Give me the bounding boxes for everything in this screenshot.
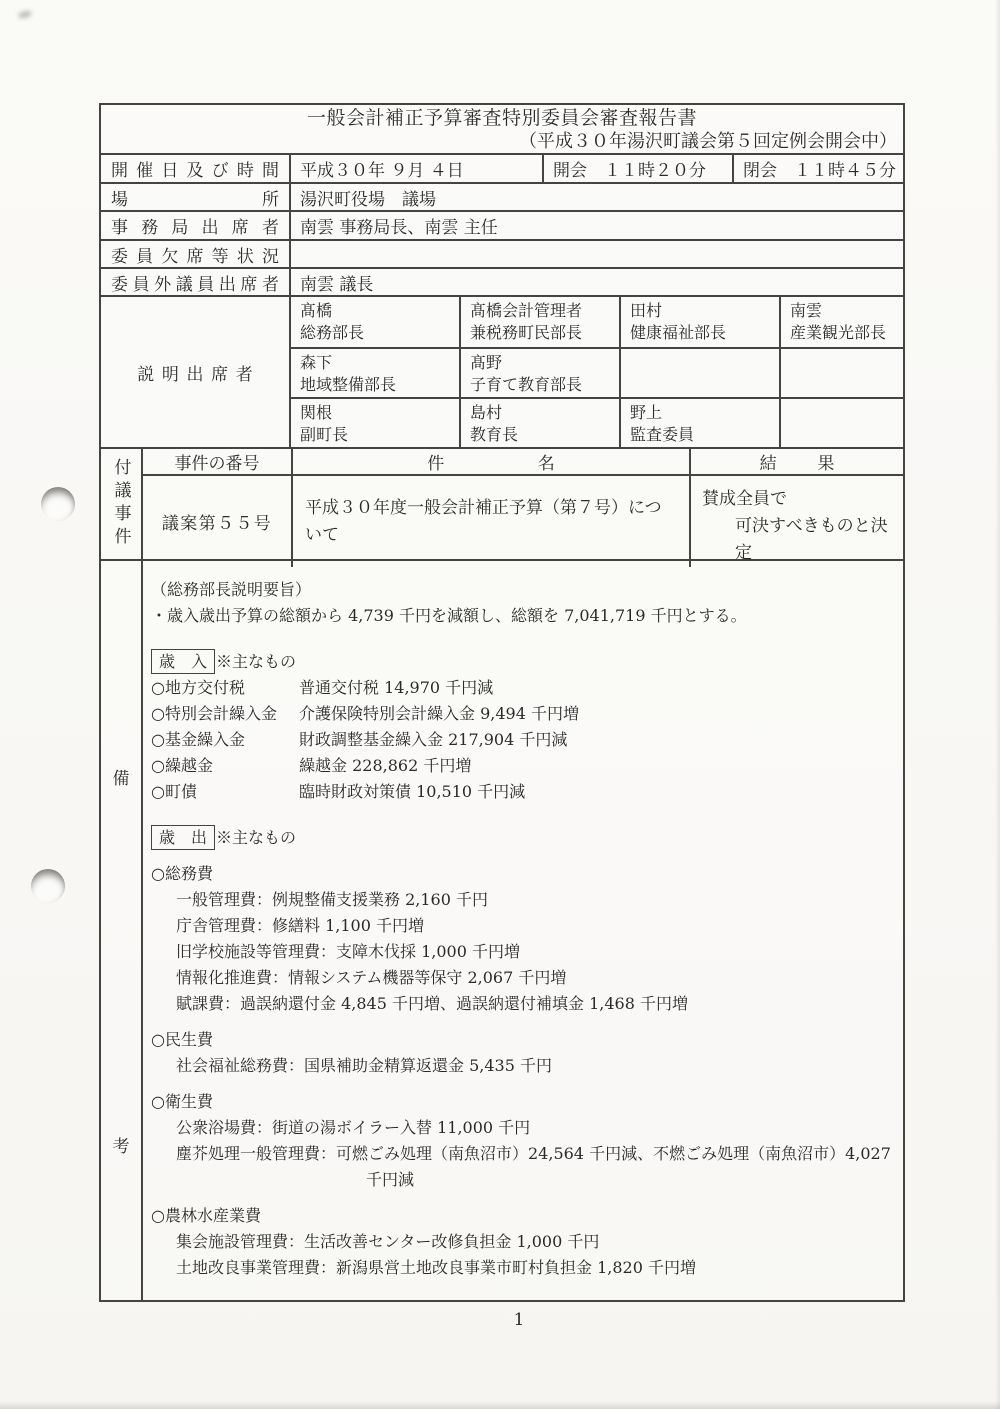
secretariat-row: 事務局出席者 南雲 事務局長、南雲 主任 xyxy=(101,212,903,241)
place-row: 場所 湯沢町役場 議場 xyxy=(101,184,903,212)
agenda-header-number: 事件の番号 xyxy=(143,449,291,474)
secretariat-value: 南雲 事務局長、南雲 主任 xyxy=(289,212,903,239)
agenda-item-name: 平成３０年度一般会計補正予算（第７号）について xyxy=(291,476,689,567)
expenditure-item: 賦課費：過誤納還付金 4,845 千円増、過誤納還付補填金 1,468 千円増 xyxy=(151,991,891,1017)
revenue-item: ○地方交付税普通交付税 14,970 千円減 xyxy=(151,675,891,701)
agenda-item-result: 賛成全員で 可決すべきものと決定 xyxy=(689,476,903,567)
explainer-cell: 田村健康福祉部長 xyxy=(619,297,779,347)
explainers-grid: 髙橋総務部長 髙橋会計管理者兼税務町民部長 田村健康福祉部長 南雲産業観光部長 … xyxy=(289,297,903,447)
result-line-2: 可決すべきものと決定 xyxy=(702,513,893,567)
close-time: 閉会 １１時４５分 xyxy=(732,155,903,182)
agenda-header-row: 事件の番号 件名 結果 xyxy=(143,449,903,476)
explainer-cell: 髙橋総務部長 xyxy=(291,297,459,347)
expenditure-item: 情報化推進費：情報システム機器等保守 2,067 千円増 xyxy=(151,965,891,991)
revenue-note: ※主なもの xyxy=(216,652,296,671)
absence-value xyxy=(289,241,903,267)
agenda-side-label: 付議事件 xyxy=(109,458,134,550)
agenda-side-label-cell: 付議事件 xyxy=(101,449,141,559)
secretariat-label: 事務局出席者 xyxy=(101,212,289,239)
remarks-label-bi: 備 xyxy=(101,764,141,789)
revenue-box-label: 歳 入 xyxy=(151,649,215,674)
explainer-cell xyxy=(619,347,779,397)
expenditure-group: ○民生費 社会福祉総務費：国県補助金精算返還金 5,435 千円 xyxy=(151,1027,891,1079)
expenditure-category: ○農林水産業費 xyxy=(151,1203,891,1229)
explainer-cell xyxy=(779,347,903,397)
meeting-date: 平成３０年 ９月 ４日 xyxy=(289,155,542,182)
open-time: 開会 １１時２０分 xyxy=(542,155,732,182)
absence-label: 委員欠席等状況 xyxy=(101,241,289,267)
expenditure-note: ※主なもの xyxy=(216,828,296,847)
explainer-cell: 島村教育長 xyxy=(459,397,619,447)
revenue-item: ○町債臨時財政対策債 10,510 千円減 xyxy=(151,779,891,805)
remarks-row: 備 考 （総務部長説明要旨） ・歳入歳出予算の総額から 4,739 千円を減額し… xyxy=(101,561,903,1300)
agenda-header-result: 結果 xyxy=(689,449,903,474)
remarks-label-kou: 考 xyxy=(101,1132,141,1157)
agenda-item-row: 議案第５５号 平成３０年度一般会計補正予算（第７号）について 賛成全員で 可決す… xyxy=(143,476,903,567)
summary-heading: （総務部長説明要旨） xyxy=(151,577,891,603)
datetime-row: 開催日及び時間 平成３０年 ９月 ４日 開会 １１時２０分 閉会 １１時４５分 xyxy=(101,155,903,184)
revenue-item: ○特別会計繰入金介護保険特別会計繰入金 9,494 千円増 xyxy=(151,701,891,727)
result-line-1: 賛成全員で xyxy=(702,486,893,513)
agenda-item-number: 議案第５５号 xyxy=(143,476,291,567)
expenditure-section-heading: 歳 出※主なもの xyxy=(151,825,891,851)
title-row: 一般会計補正予算審査特別委員会審査報告書 （平成３０年湯沢町議会第５回定例会開会… xyxy=(101,105,903,155)
expenditure-item: 集会施設管理費：生活改善センター改修負担金 1,000 千円 xyxy=(151,1229,891,1255)
non-member-label: 委員外議員出席者 xyxy=(101,269,289,295)
report-subtitle: （平成３０年湯沢町議会第５回定例会開会中） xyxy=(107,130,897,153)
agenda-header-name: 件名 xyxy=(291,449,689,474)
explainers-label: 説明出席者 xyxy=(101,297,289,447)
place-value: 湯沢町役場 議場 xyxy=(289,184,903,210)
hole-punch-mark xyxy=(31,869,65,903)
expenditure-group: ○衛生費 公衆浴場費：街道の湯ボイラー入替 11,000 千円 塵芥処理一般管理… xyxy=(151,1089,891,1193)
remarks-content: （総務部長説明要旨） ・歳入歳出予算の総額から 4,739 千円を減額し、総額を… xyxy=(141,561,903,1300)
revenue-item: ○基金繰入金財政調整基金繰入金 217,904 千円減 xyxy=(151,727,891,753)
scan-edge-shadow xyxy=(0,1401,1000,1409)
agenda-row: 付議事件 事件の番号 件名 結果 議案第５５号 平成３０年度一般会計補正予算（第… xyxy=(101,449,903,561)
explainer-cell: 野上監査委員 xyxy=(619,397,779,447)
expenditure-item: 塵芥処理一般管理費：可燃ごみ処理（南魚沼市）24,564 千円減、不燃ごみ処理（… xyxy=(151,1141,891,1193)
explainer-cell: 森下地域整備部長 xyxy=(291,347,459,397)
remarks-side-label-cell: 備 考 xyxy=(101,561,141,1300)
summary-line: ・歳入歳出予算の総額から 4,739 千円を減額し、総額を 7,041,719 … xyxy=(151,603,891,629)
explainer-cell: 関根副町長 xyxy=(291,397,459,447)
expenditure-item: 社会福祉総務費：国県補助金精算返還金 5,435 千円 xyxy=(151,1053,891,1079)
report-title: 一般会計補正予算審査特別委員会審査報告書 xyxy=(107,106,897,130)
expenditure-item: 公衆浴場費：街道の湯ボイラー入替 11,000 千円 xyxy=(151,1115,891,1141)
scan-edge-shadow xyxy=(995,0,1000,1409)
report-table: 一般会計補正予算審査特別委員会審査報告書 （平成３０年湯沢町議会第５回定例会開会… xyxy=(99,103,905,1302)
explainer-cell: 南雲産業観光部長 xyxy=(779,297,903,347)
non-member-row: 委員外議員出席者 南雲 議長 xyxy=(101,269,903,297)
expenditure-group: ○農林水産業費 集会施設管理費：生活改善センター改修負担金 1,000 千円 土… xyxy=(151,1203,891,1281)
hole-punch-mark xyxy=(41,487,75,521)
non-member-value: 南雲 議長 xyxy=(289,269,903,295)
explainer-cell xyxy=(779,397,903,447)
expenditure-item: 旧学校施設等管理費：支障木伐採 1,000 千円増 xyxy=(151,939,891,965)
explainer-cell: 髙野子育て教育部長 xyxy=(459,347,619,397)
revenue-item: ○繰越金繰越金 228,862 千円増 xyxy=(151,753,891,779)
expenditure-category: ○民生費 xyxy=(151,1027,891,1053)
datetime-label: 開催日及び時間 xyxy=(101,155,289,182)
expenditure-category: ○総務費 xyxy=(151,861,891,887)
expenditure-item: 土地改良事業管理費：新潟県営土地改良事業市町村負担金 1,820 千円増 xyxy=(151,1255,891,1281)
expenditure-box-label: 歳 出 xyxy=(151,825,215,850)
explainer-cell: 髙橋会計管理者兼税務町民部長 xyxy=(459,297,619,347)
expenditure-item: 庁舎管理費：修繕料 1,100 千円増 xyxy=(151,913,891,939)
place-label: 場所 xyxy=(101,184,289,210)
revenue-section-heading: 歳 入※主なもの xyxy=(151,649,891,675)
expenditure-category: ○衛生費 xyxy=(151,1089,891,1115)
scanned-report-page: 一般会計補正予算審査特別委員会審査報告書 （平成３０年湯沢町議会第５回定例会開会… xyxy=(0,0,1000,1409)
explainers-row: 説明出席者 髙橋総務部長 髙橋会計管理者兼税務町民部長 田村健康福祉部長 南雲産… xyxy=(101,297,903,449)
expenditure-item: 一般管理費：例規整備支援業務 2,160 千円 xyxy=(151,887,891,913)
expenditure-group: ○総務費 一般管理費：例規整備支援業務 2,160 千円 庁舎管理費：修繕料 1… xyxy=(151,861,891,1017)
scan-smudge-artifact xyxy=(17,9,32,19)
agenda-inner-table: 事件の番号 件名 結果 議案第５５号 平成３０年度一般会計補正予算（第７号）につ… xyxy=(141,449,903,559)
page-number: 1 xyxy=(99,1310,905,1330)
absence-row: 委員欠席等状況 xyxy=(101,241,903,269)
